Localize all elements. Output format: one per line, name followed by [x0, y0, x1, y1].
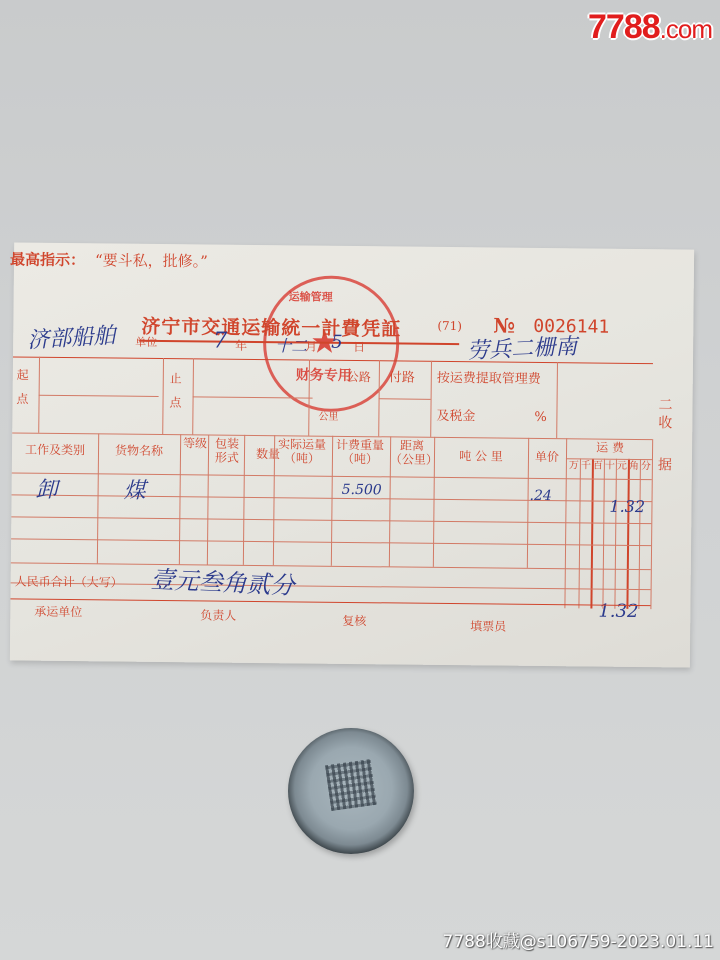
fee-sub-wan: 万 [568, 460, 580, 472]
copy-label-top: 二 [658, 397, 672, 414]
day-label: 日 [353, 338, 365, 355]
pay-road-label: 付路 [389, 370, 415, 386]
table-row [14, 242, 694, 249]
row-unit-price: .24 [529, 488, 551, 504]
handwritten-month: 十二 [275, 333, 307, 356]
year-label: 年 [235, 337, 247, 354]
handwritten-destination: 劳兵二栅南 [467, 329, 578, 365]
col-header-work-type: 工作及类别 [12, 442, 98, 457]
row-fee: 1.32 [609, 497, 645, 516]
col-header-actual-tons: 实际运量（吨） [274, 437, 330, 466]
table-row [14, 242, 694, 249]
grid-line [207, 434, 209, 564]
brand-watermark-main: 7788 [588, 8, 660, 46]
fee-sub-shi: 十 [604, 461, 616, 473]
grid-line [638, 459, 641, 609]
caption-watermark: 7788收藏@s106759-2023.01.11 [443, 927, 715, 952]
grid-line [614, 459, 617, 609]
brand-watermark-suffix: .com [660, 14, 712, 44]
grid-line [430, 361, 432, 437]
directive-label: 最高指示： [10, 250, 85, 269]
fee-sub-qian: 千 [580, 460, 592, 472]
road-label: 公路 [347, 370, 371, 385]
qr-code-icon [325, 759, 377, 811]
km-label: 公里 [318, 412, 338, 424]
start-point-label: 起点 [14, 362, 29, 422]
receipt-title: 济宁市交通运输統一計費凭証 [141, 312, 401, 342]
row-work-type: 卸 [35, 473, 57, 504]
form-code: (71) [437, 319, 462, 333]
grid-line [179, 434, 181, 564]
copy-label-bottom: 据 [658, 457, 672, 474]
grid-line [389, 436, 391, 566]
supreme-directive: 最高指示：“要斗私，批修。” [10, 248, 208, 271]
copy-label-mid: 收 [658, 415, 672, 432]
unit-label: 单位 [135, 334, 157, 350]
col-header-distance: 距离（公里） [390, 438, 434, 467]
fee-sub-fen: 分 [640, 461, 652, 473]
total-rule [10, 598, 650, 606]
grid-line [243, 435, 245, 565]
grid-line [162, 358, 164, 434]
month-label: 月 [305, 338, 317, 355]
grid-line [556, 362, 558, 438]
issuer-label: 填票员 [470, 617, 506, 634]
reviewer-label: 复核 [342, 612, 366, 629]
handwritten-year: 7 [213, 329, 227, 354]
brand-watermark: 7788.com [588, 8, 712, 47]
table-row: 卸 煤 5.500 .24 1.32 [14, 242, 694, 249]
freight-receipt: 最高指示：“要斗私，批修。” 运输管理 ★ 财务专用 济宁市交通运输統一計費凭証… [10, 242, 694, 667]
fee-note-line1: 按运费提取管理费 [437, 371, 541, 388]
seal-bottom-text: 财务专用 [296, 364, 352, 385]
end-point-label: 止点 [167, 366, 182, 426]
percent-sign: % [534, 410, 547, 426]
seal-arc-text: 运输管理 [289, 288, 333, 304]
handwritten-unit: 济部船舶 [26, 318, 116, 354]
col-header-billing-weight: 计费重量（吨） [332, 438, 388, 467]
col-header-fee: 运 费 [568, 440, 652, 455]
col-header-packaging: 包装形式 [210, 437, 244, 466]
grid-line [273, 435, 275, 565]
col-header-unit-price: 单价 [530, 450, 564, 465]
row-billing-weight: 5.500 [342, 482, 382, 498]
col-header-grade: 等级 [182, 436, 208, 451]
total-label: 人民币合计（大写） [15, 572, 123, 590]
fee-sub-yuan: 元 [616, 461, 628, 473]
responsible-label: 负责人 [200, 606, 236, 623]
bottle-cap [288, 728, 414, 854]
directive-quote: “要斗私，批修。” [95, 251, 208, 270]
total-handwritten: 壹元叁角贰分 [150, 559, 295, 600]
grid-line [433, 437, 435, 567]
handwritten-day: 5 [331, 332, 343, 353]
grid-line [602, 459, 605, 609]
grid-line [193, 396, 313, 398]
fee-note-line2: 及税金 [436, 409, 475, 425]
grid-line [39, 395, 159, 397]
col-header-ton-km: 吨 公 里 [434, 449, 528, 464]
row-cargo: 煤 [123, 474, 145, 505]
grid-line [379, 398, 431, 400]
grid-line [590, 459, 594, 609]
grid-line [626, 459, 630, 609]
grid-line [578, 458, 581, 608]
grid-line [331, 436, 333, 566]
col-header-cargo: 货物名称 [98, 443, 180, 458]
carrier-label: 承运单位 [34, 603, 82, 621]
grid-line [97, 433, 99, 563]
